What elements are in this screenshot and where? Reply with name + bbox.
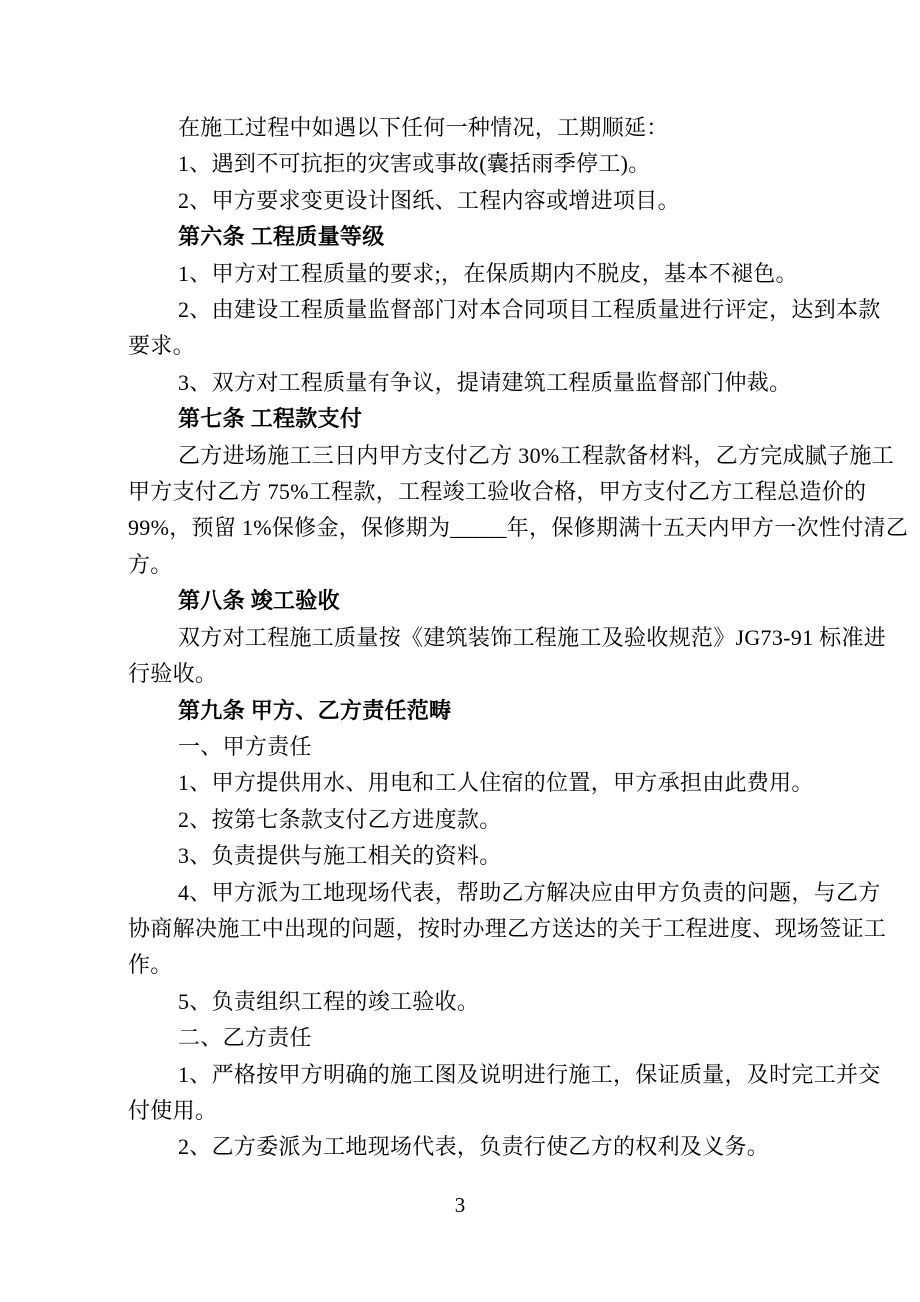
document-line: 99%，预留 1%保修金，保修期为_____年，保修期满十五天内甲方一次性付清乙 <box>128 510 818 546</box>
document-line: 1、严格按甲方明确的施工图及说明进行施工，保证质量，及时完工并交 <box>128 1057 818 1093</box>
page-number: 3 <box>0 1191 920 1219</box>
document-body: 在施工过程中如遇以下任何一种情况，工期顺延：1、遇到不可抗拒的灾害或事故(囊括雨… <box>128 110 818 1166</box>
document-line: 方。 <box>128 547 818 583</box>
document-line: 2、按第七条款支付乙方进度款。 <box>128 802 818 838</box>
document-line: 行验收。 <box>128 656 818 692</box>
document-line: 1、遇到不可抗拒的灾害或事故(囊括雨季停工)。 <box>128 146 818 182</box>
document-line: 2、由建设工程质量监督部门对本合同项目工程质量进行评定，达到本款 <box>128 292 818 328</box>
document-line: 一、甲方责任 <box>128 729 818 765</box>
document-line: 在施工过程中如遇以下任何一种情况，工期顺延： <box>128 110 818 146</box>
document-page: 在施工过程中如遇以下任何一种情况，工期顺延：1、遇到不可抗拒的灾害或事故(囊括雨… <box>0 0 920 1302</box>
document-line: 4、甲方派为工地现场代表，帮助乙方解决应由甲方负责的问题，与乙方 <box>128 875 818 911</box>
document-line: 2、乙方委派为工地现场代表，负责行使乙方的权利及义务。 <box>128 1129 818 1165</box>
document-line: 1、甲方提供用水、用电和工人住宿的位置，甲方承担由此费用。 <box>128 765 818 801</box>
document-line: 甲方支付乙方 75%工程款，工程竣工验收合格，甲方支付乙方工程总造价的 <box>128 474 818 510</box>
document-line: 5、负责组织工程的竣工验收。 <box>128 984 818 1020</box>
document-line: 3、负责提供与施工相关的资料。 <box>128 838 818 874</box>
section-heading-line: 第八条 竣工验收 <box>128 583 818 619</box>
document-line: 要求。 <box>128 328 818 364</box>
document-line: 协商解决施工中出现的问题，按时办理乙方送达的关于工程进度、现场签证工 <box>128 911 818 947</box>
document-line: 作。 <box>128 947 818 983</box>
document-line: 付使用。 <box>128 1093 818 1129</box>
document-line: 二、乙方责任 <box>128 1020 818 1056</box>
document-line: 3、双方对工程质量有争议，提请建筑工程质量监督部门仲裁。 <box>128 365 818 401</box>
section-heading-line: 第九条 甲方、乙方责任范畴 <box>128 693 818 729</box>
document-line: 2、甲方要求变更设计图纸、工程内容或增进项目。 <box>128 183 818 219</box>
document-line: 1、甲方对工程质量的要求;，在保质期内不脱皮，基本不褪色。 <box>128 256 818 292</box>
section-heading-line: 第六条 工程质量等级 <box>128 219 818 255</box>
document-line: 双方对工程施工质量按《建筑装饰工程施工及验收规范》JG73-91 标准进 <box>128 620 818 656</box>
document-line: 乙方进场施工三日内甲方支付乙方 30%工程款备材料，乙方完成腻子施工 <box>128 438 818 474</box>
section-heading-line: 第七条 工程款支付 <box>128 401 818 437</box>
